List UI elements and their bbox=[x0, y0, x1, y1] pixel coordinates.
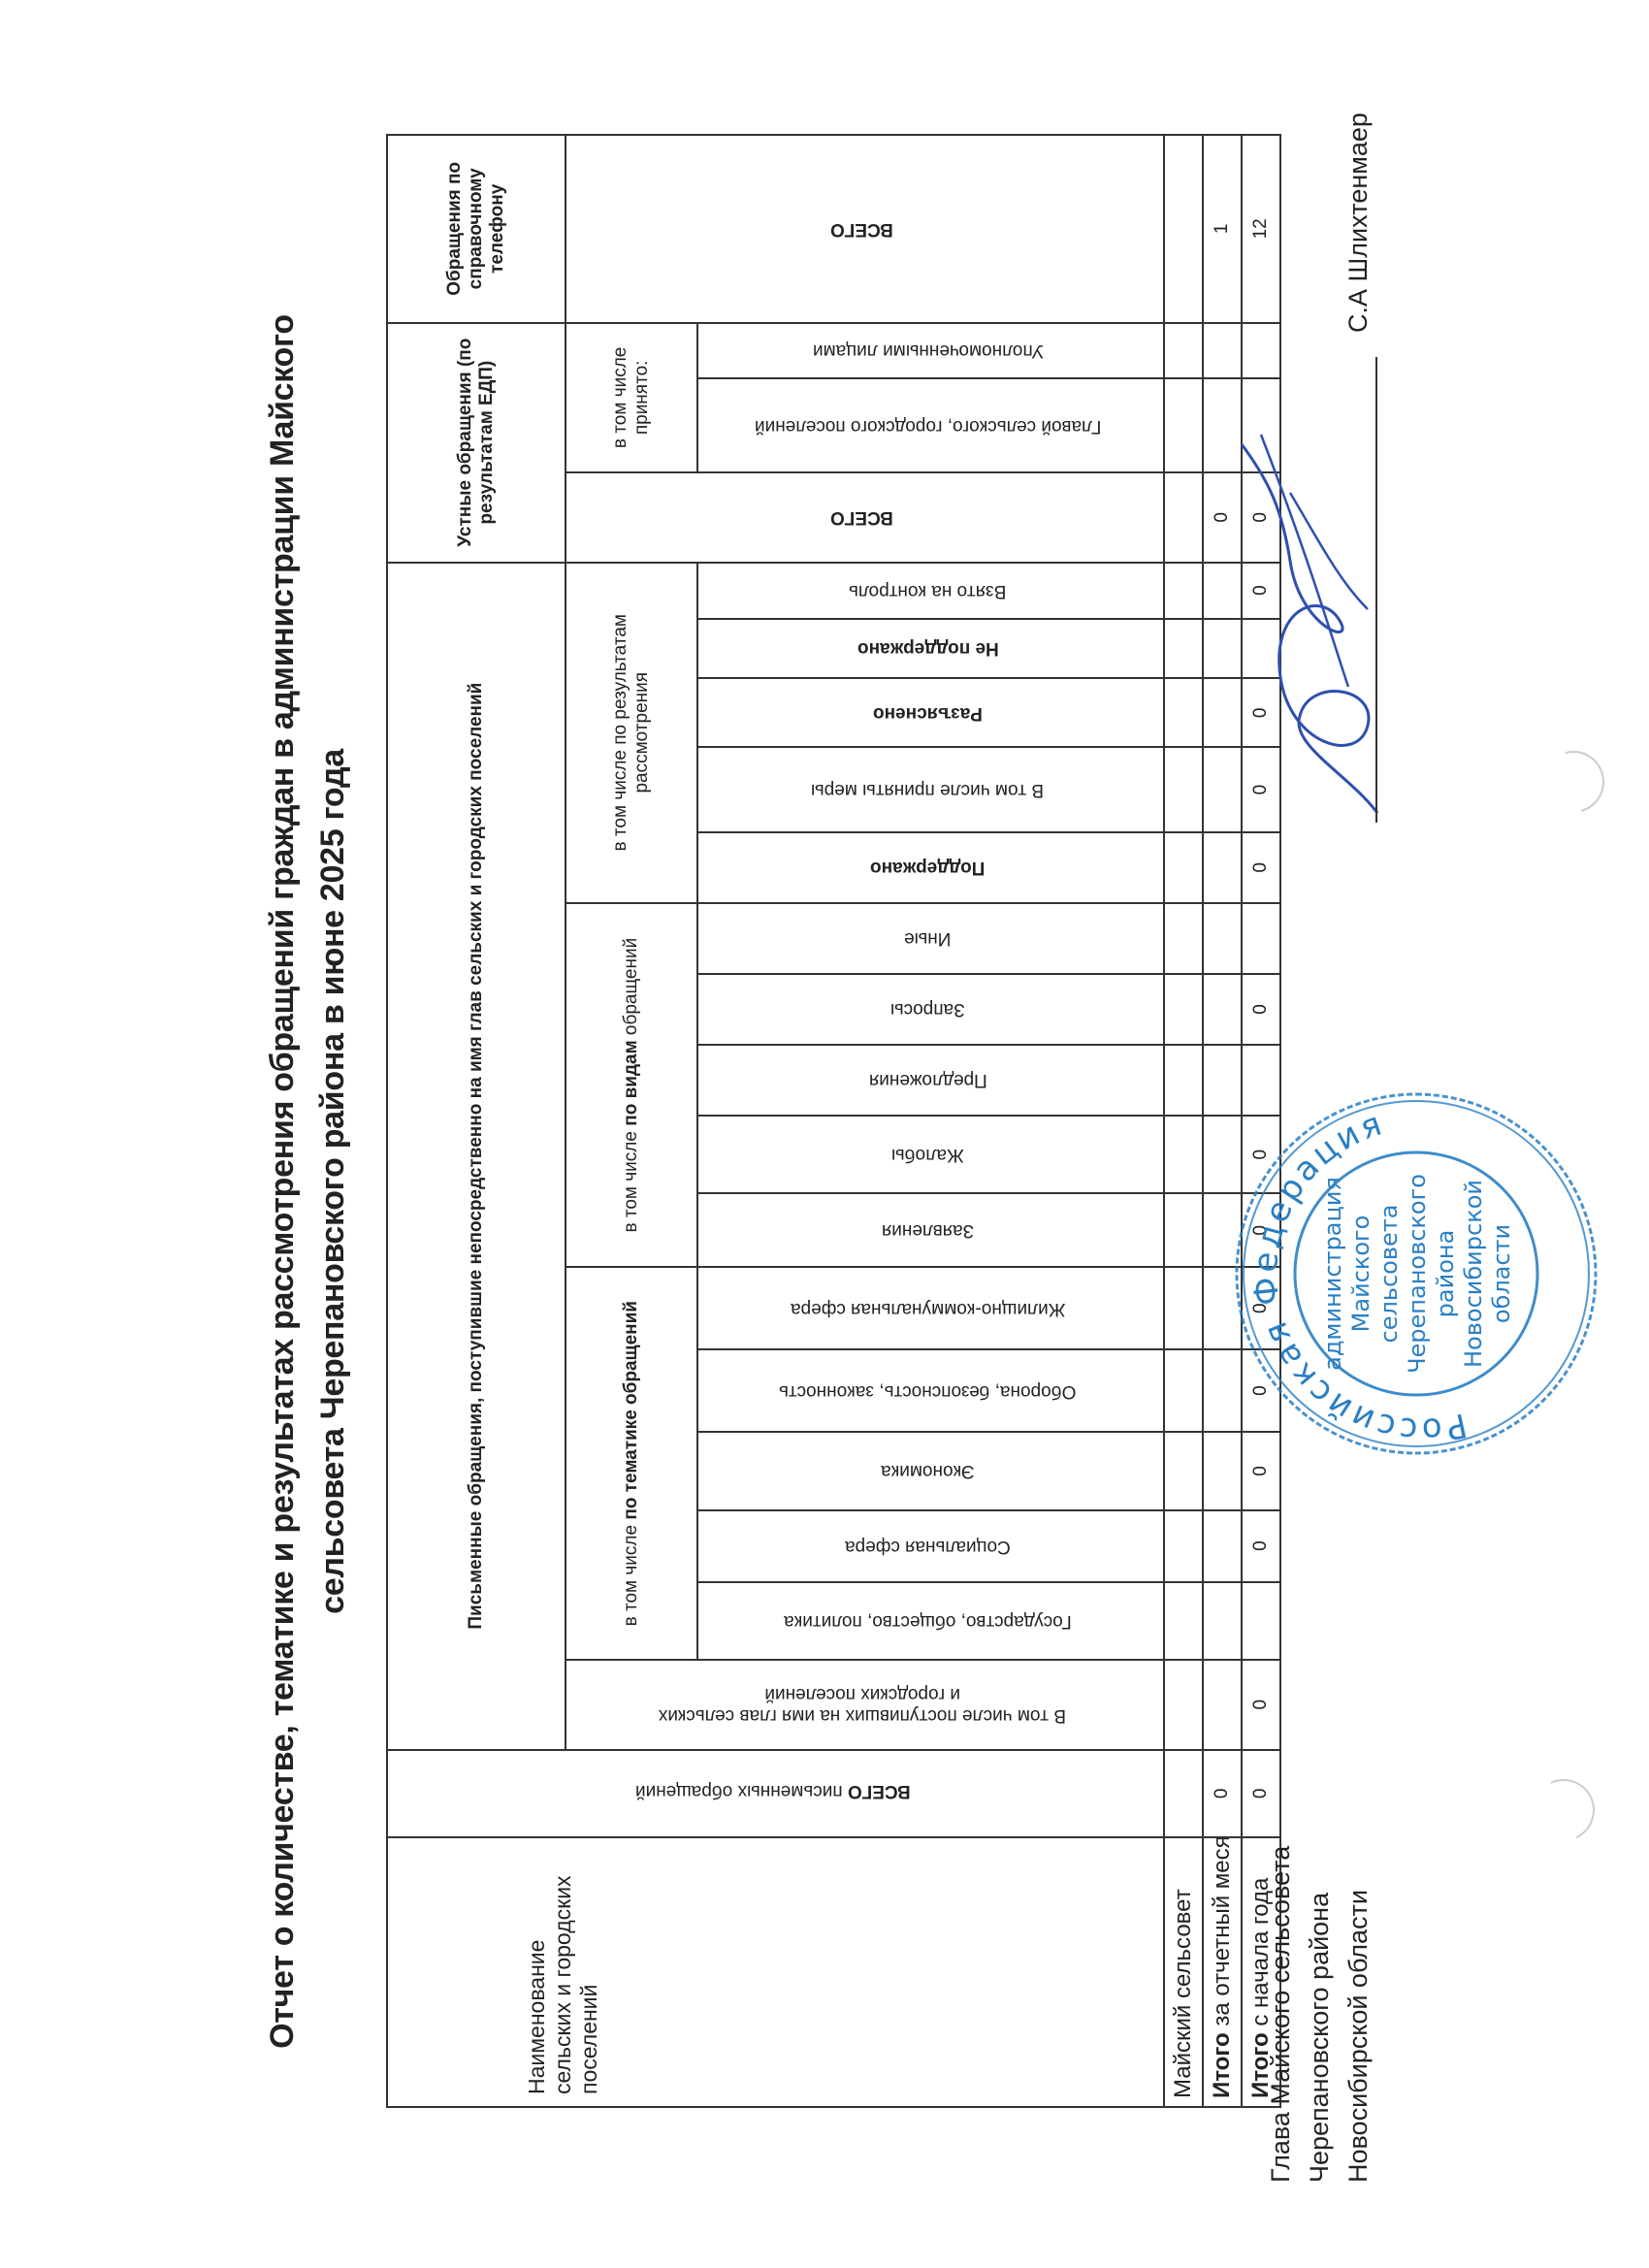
row-label: Майский сельсовет bbox=[1164, 1837, 1203, 2107]
report-title: Отчет о количестве, тематике и результат… bbox=[257, 260, 358, 2103]
stamp-inner-line: района bbox=[1432, 1230, 1459, 1318]
document-sheet: Отчет о количестве, тематике и результат… bbox=[0, 0, 1649, 2268]
cell-topic-defense bbox=[1164, 1349, 1203, 1432]
cell-topic-social: 0 bbox=[1242, 1510, 1280, 1582]
header-type-statements: Заявления bbox=[697, 1193, 1164, 1267]
header-settlement-name: Наименование сельских и городских поселе… bbox=[387, 1837, 1164, 2107]
cell-phone-total: 1 bbox=[1203, 135, 1242, 323]
cell-topic-housing bbox=[1164, 1267, 1203, 1348]
cell-res-not-supported bbox=[1164, 619, 1203, 679]
cell-addressed-to-heads bbox=[1203, 1660, 1242, 1750]
cell-type-other bbox=[1203, 903, 1242, 974]
header-type-requests: Запросы bbox=[697, 974, 1164, 1045]
header-by-topic-group: в том числе по тематике обращений bbox=[566, 1267, 697, 1659]
signature-line bbox=[1375, 357, 1377, 823]
cell-type-complaints bbox=[1164, 1116, 1203, 1193]
signatory-position-line: Глава Майского сельсовета bbox=[1261, 1846, 1300, 2183]
stamp-inner-line: области bbox=[1488, 1224, 1515, 1323]
cell-type-other bbox=[1242, 903, 1280, 974]
cell-type-other bbox=[1164, 903, 1203, 974]
signer-name: С.А Шлихтенмаер bbox=[1343, 113, 1374, 333]
cell-res-measures bbox=[1164, 747, 1203, 831]
header-oral-accepted-head: Главой сельского, городского поселений bbox=[697, 378, 1164, 472]
signatory-position-line: Новосибирской области bbox=[1339, 1846, 1377, 2183]
header-addressed-to-heads: В том числе поступивших на имя глав сель… bbox=[566, 1660, 1164, 1750]
header-result-explained: Разъяснено bbox=[697, 678, 1164, 747]
official-stamp: Российская Федерация администрацияМайско… bbox=[1222, 1080, 1610, 1468]
cell-oral-authorized bbox=[1164, 323, 1203, 379]
cell-topic-state bbox=[1203, 1582, 1242, 1660]
header-by-result-group: в том числе по результатам рассмотрения bbox=[566, 563, 697, 903]
cell-topic-state bbox=[1164, 1582, 1203, 1660]
cell-written-total: 0 bbox=[1203, 1750, 1242, 1838]
cell-oral-head bbox=[1164, 378, 1203, 472]
stamp-inner-line: Черепановского bbox=[1404, 1174, 1431, 1374]
table-row: Майский сельсовет bbox=[1164, 135, 1203, 2107]
signatory-position: Глава Майского сельсовета Черепановского… bbox=[1261, 1846, 1377, 2183]
row-label: Итого за отчетный месяц bbox=[1203, 1837, 1242, 2107]
scan-artifact bbox=[1524, 1770, 1603, 1850]
header-topic-state: Государство, общество, политика bbox=[697, 1582, 1164, 1660]
header-result-not-supported: Не поддержано bbox=[697, 619, 1164, 679]
cell-res-supported: 0 bbox=[1242, 832, 1280, 903]
header-oral-group: Устные обращения (по результатам ЕДП) bbox=[387, 323, 566, 563]
header-by-type-group: в том числе по видам обращений bbox=[566, 903, 697, 1268]
header-type-proposals: Предложения bbox=[697, 1045, 1164, 1116]
cell-topic-economy bbox=[1164, 1432, 1203, 1509]
cell-res-explained bbox=[1164, 678, 1203, 747]
header-oral-accepted-group: в том числе принято: bbox=[566, 323, 697, 472]
cell-topic-social bbox=[1203, 1510, 1242, 1582]
cell-addressed-to-heads: 0 bbox=[1242, 1660, 1280, 1750]
header-topic-defense: Оборона, безопсность, законность bbox=[697, 1349, 1164, 1432]
cell-type-proposals bbox=[1164, 1045, 1203, 1116]
signatory-position-line: Черепановского района bbox=[1300, 1846, 1339, 2183]
stamp-inner-line: администрация bbox=[1319, 1177, 1346, 1371]
header-topic-housing: Жилищно-коммунальная сфера bbox=[697, 1267, 1164, 1348]
header-result-measures: В том числе приняты меры bbox=[697, 747, 1164, 831]
cell-res-supported bbox=[1203, 832, 1242, 903]
stamp-inner-line: сельсовета bbox=[1375, 1205, 1403, 1344]
cell-res-control bbox=[1164, 563, 1203, 619]
cell-res-supported bbox=[1164, 832, 1203, 903]
header-oral-accepted-authorized: Уполномоченными лицами bbox=[697, 323, 1164, 379]
cell-written-total bbox=[1164, 1750, 1203, 1838]
header-written-group: Письменные обращения, поступившие непоср… bbox=[387, 563, 566, 1750]
report-table: Наименование сельских и городских поселе… bbox=[386, 134, 1281, 2108]
cell-oral-authorized bbox=[1203, 323, 1242, 379]
header-result-control: Взято на контроль bbox=[697, 563, 1164, 619]
stamp-inner-line: Майского bbox=[1347, 1215, 1374, 1333]
cell-addressed-to-heads bbox=[1164, 1660, 1203, 1750]
cell-topic-social bbox=[1164, 1510, 1203, 1582]
cell-oral-authorized bbox=[1242, 323, 1280, 379]
header-type-complaints: Жалобы bbox=[697, 1116, 1164, 1193]
report-title-line-2: сельсовета Черепановского района в июне … bbox=[307, 260, 358, 2103]
header-result-supported: Поддержано bbox=[697, 832, 1164, 903]
header-topic-economy: Экономика bbox=[697, 1432, 1164, 1509]
cell-topic-state bbox=[1242, 1582, 1280, 1660]
cell-type-requests bbox=[1203, 974, 1242, 1045]
header-phone-total: ВСЕГО bbox=[566, 135, 1164, 323]
header-phone-group: Обращения по справочному телефону bbox=[387, 135, 566, 323]
header-oral-total: ВСЕГО bbox=[566, 472, 1164, 563]
header-topic-social: Социальная сфера bbox=[697, 1510, 1164, 1582]
cell-oral-total bbox=[1164, 472, 1203, 563]
cell-written-total: 0 bbox=[1242, 1750, 1280, 1838]
header-written-total: ВСЕГО письменных обращений bbox=[387, 1750, 1164, 1838]
report-title-line-1: Отчет о количестве, тематике и результат… bbox=[257, 260, 307, 2103]
cell-type-requests bbox=[1164, 974, 1203, 1045]
scan-artifact bbox=[1531, 739, 1615, 824]
handwritten-signature bbox=[1232, 425, 1397, 832]
cell-phone-total: 12 bbox=[1242, 135, 1280, 323]
cell-type-statements bbox=[1164, 1193, 1203, 1267]
stamp-inner-line: Новосибирской bbox=[1460, 1180, 1487, 1368]
cell-type-requests: 0 bbox=[1242, 974, 1280, 1045]
header-type-other: Иные bbox=[697, 903, 1164, 974]
cell-phone-total bbox=[1164, 135, 1203, 323]
